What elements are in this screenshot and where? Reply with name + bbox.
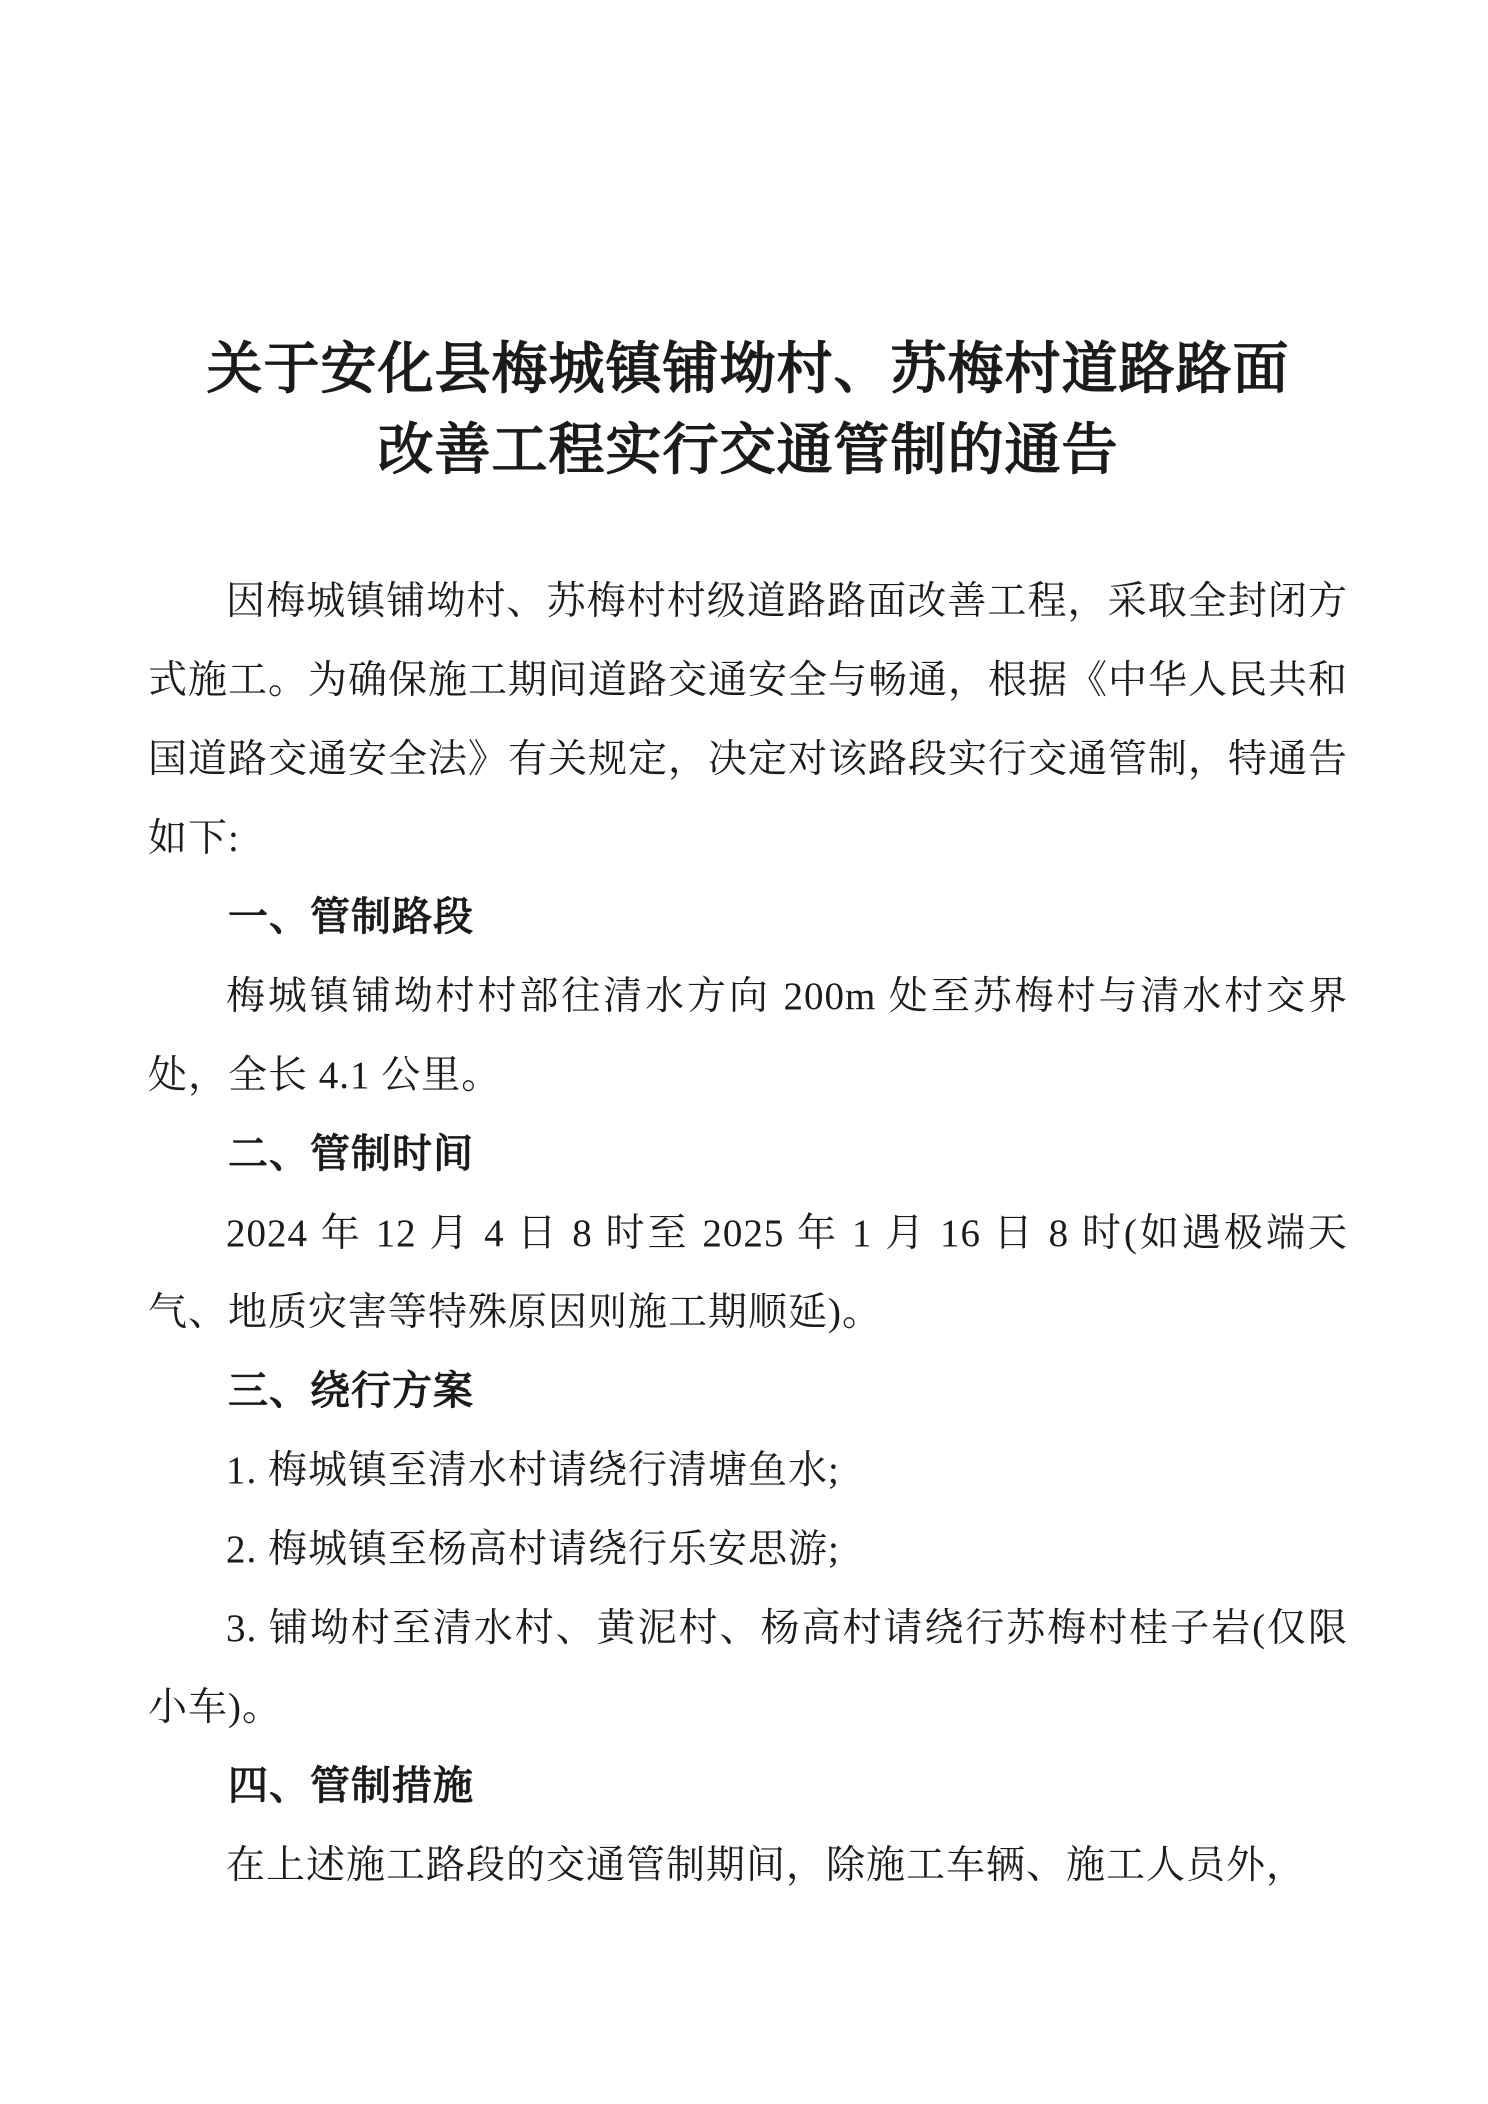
detour-item-1: 1. 梅城镇至清水村请绕行清塘鱼水;: [148, 1431, 1348, 1510]
section-body-controlled-road: 梅城镇铺坳村村部往清水方向 200m 处至苏梅村与清水村交界处，全长 4.1 公…: [148, 957, 1348, 1115]
section-body-control-time: 2024 年 12 月 4 日 8 时至 2025 年 1 月 16 日 8 时…: [148, 1194, 1348, 1352]
section-heading-detour-plan: 三、绕行方案: [148, 1352, 1348, 1431]
section-body-control-measures: 在上述施工路段的交通管制期间，除施工车辆、施工人员外，: [148, 1826, 1348, 1905]
section-heading-controlled-road: 一、管制路段: [148, 878, 1348, 957]
detour-item-2: 2. 梅城镇至杨高村请绕行乐安思游;: [148, 1510, 1348, 1589]
section-heading-control-measures: 四、管制措施: [148, 1747, 1348, 1826]
notice-title: 关于安化县梅城镇铺坳村、苏梅村道路路面 改善工程实行交通管制的通告: [148, 330, 1348, 492]
notice-document-page: 关于安化县梅城镇铺坳村、苏梅村道路路面 改善工程实行交通管制的通告 因梅城镇铺坳…: [0, 0, 1488, 2104]
section-heading-control-time: 二、管制时间: [148, 1115, 1348, 1194]
notice-title-line2: 改善工程实行交通管制的通告: [148, 411, 1348, 492]
detour-item-3: 3. 铺坳村至清水村、黄泥村、杨高村请绕行苏梅村桂子岩(仅限小车)。: [148, 1589, 1348, 1747]
intro-paragraph: 因梅城镇铺坳村、苏梅村村级道路路面改善工程，采取全封闭方式施工。为确保施工期间道…: [148, 562, 1348, 878]
notice-title-line1: 关于安化县梅城镇铺坳村、苏梅村道路路面: [148, 330, 1348, 411]
